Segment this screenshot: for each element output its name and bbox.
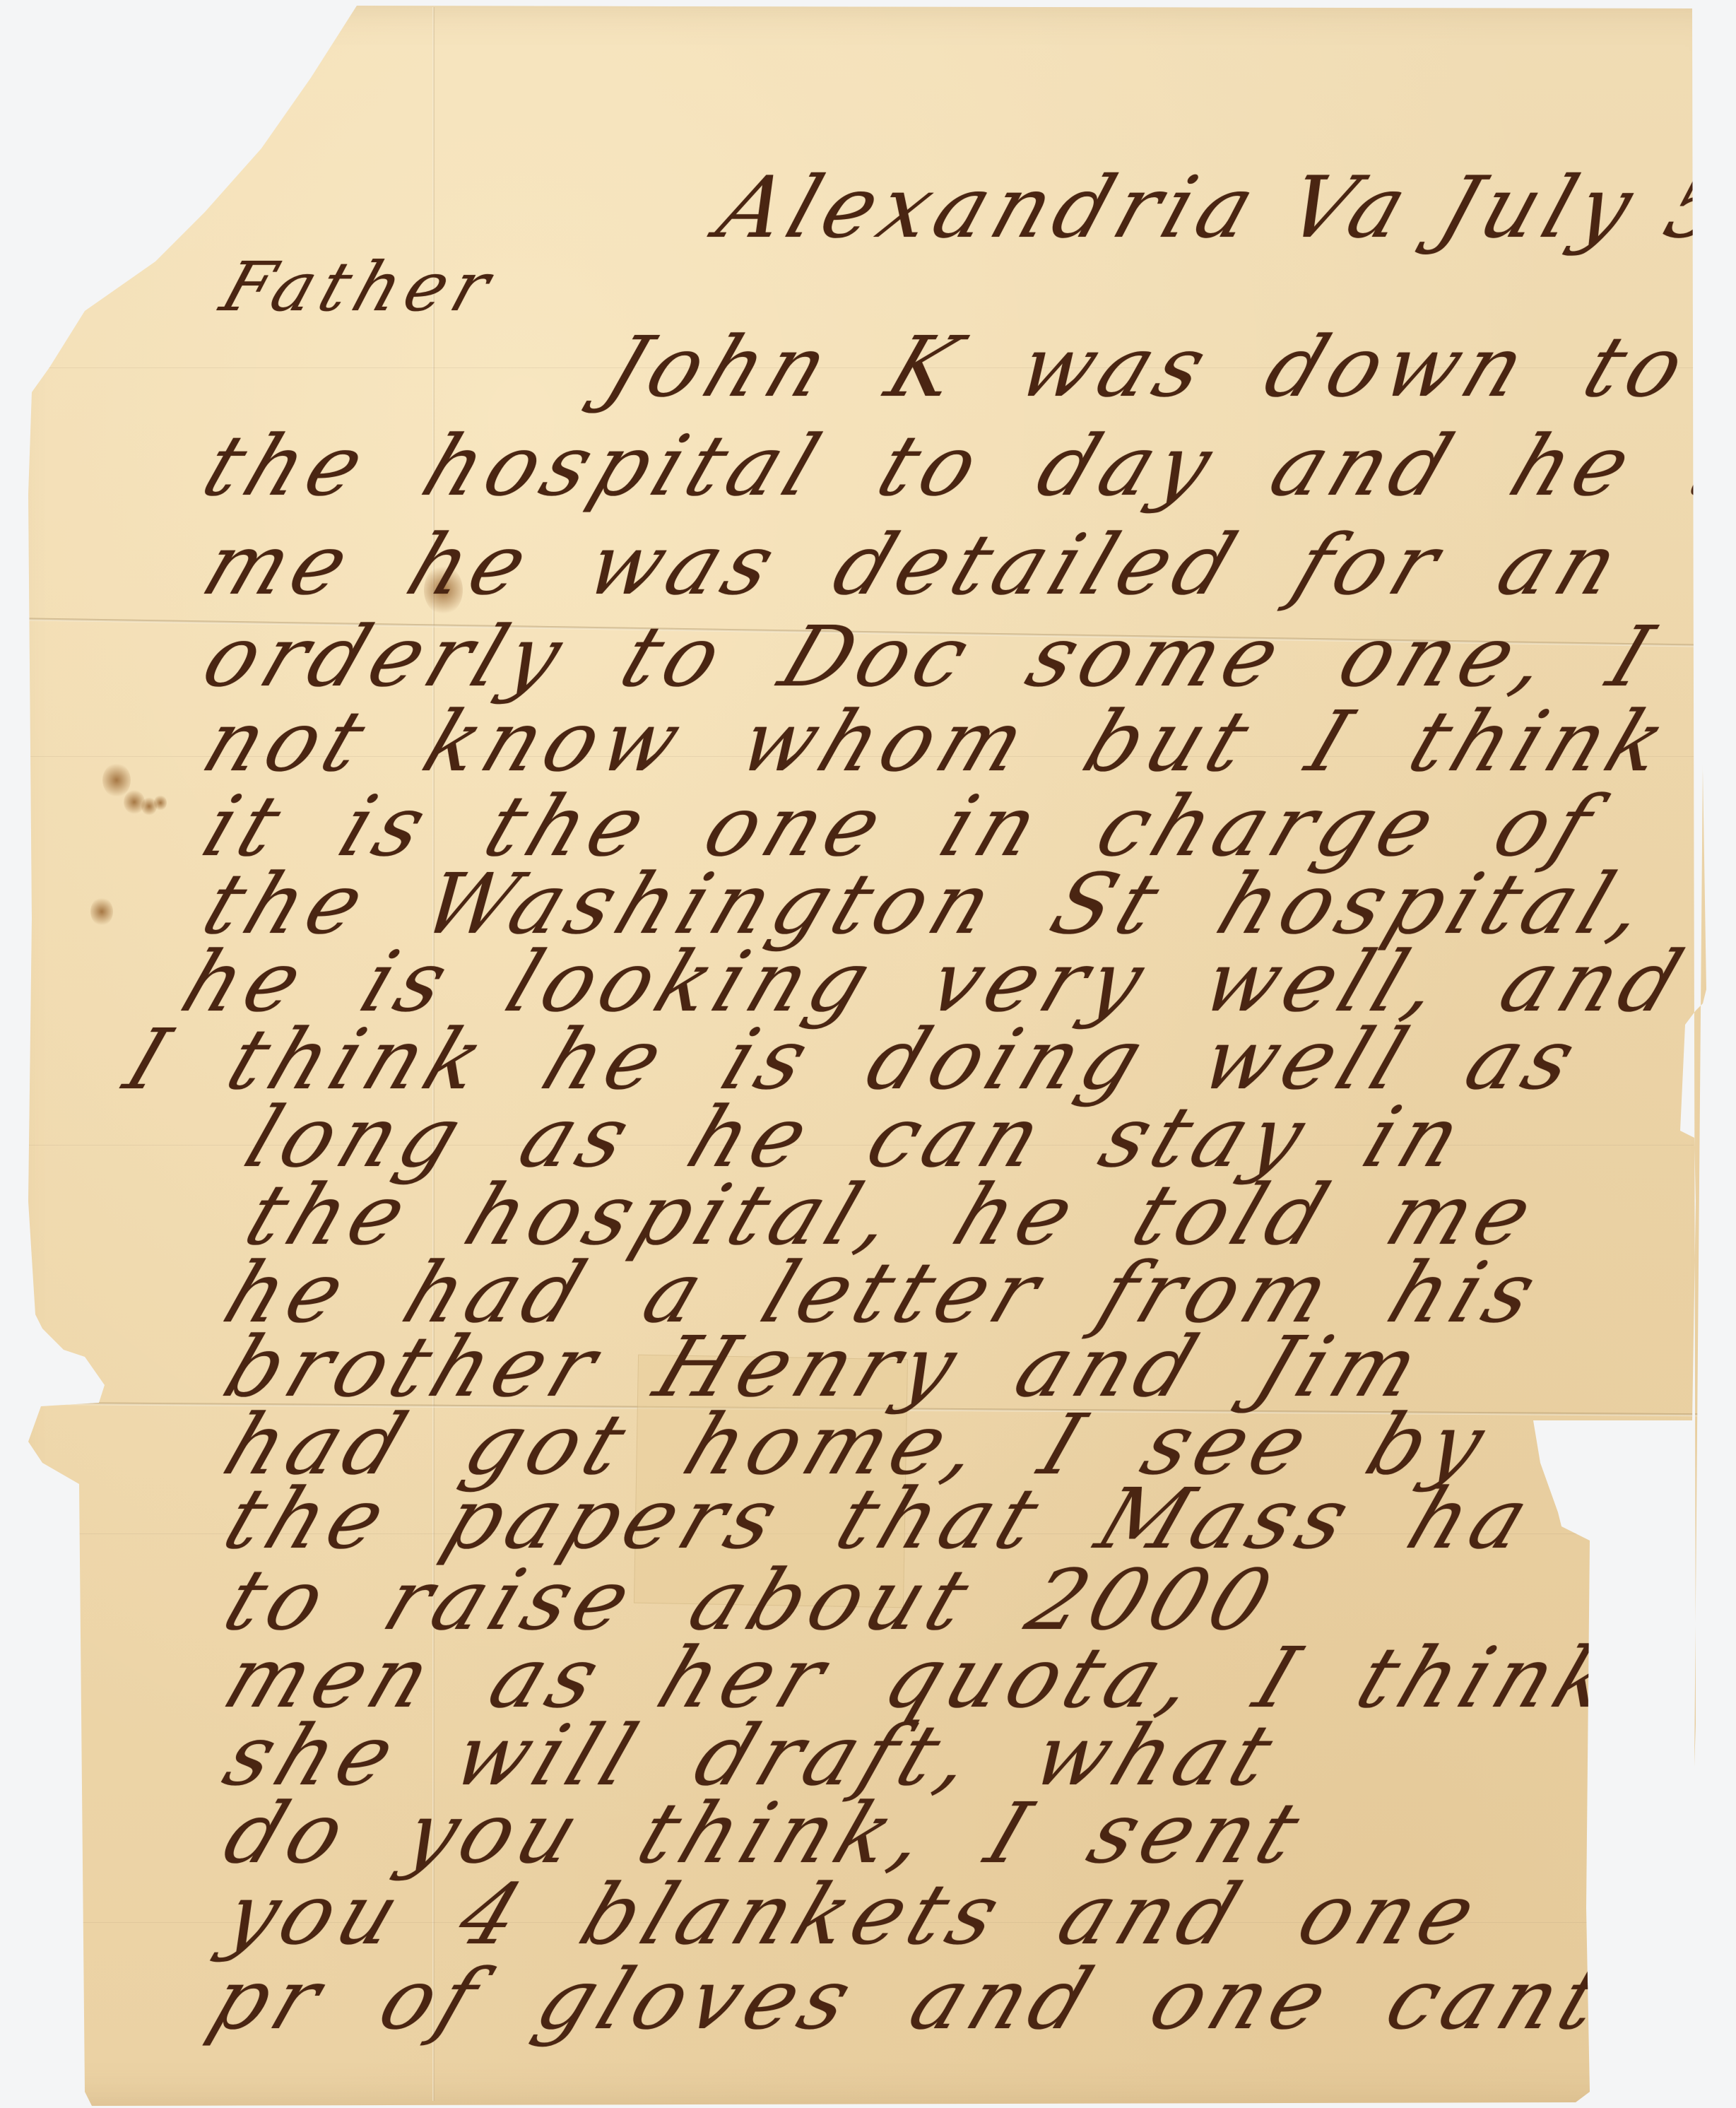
letter-line: pr of gloves and one canteen [198, 1950, 1736, 2048]
ink-stain [102, 763, 131, 797]
letter-line: not know whom but I think [191, 693, 1686, 790]
letter-line: me he was detailed for an [191, 516, 1638, 613]
letter-line: the hospital to day and he told [191, 417, 1736, 514]
letter-line: orderly to Doc some one, I do [191, 608, 1736, 705]
dateline: Alexandria Va July 5 [707, 159, 1736, 257]
salutation: Father [212, 247, 507, 326]
letter-line: John K was down to [594, 318, 1705, 416]
letter-line: you 4 blankets and one [212, 1866, 1496, 1963]
ink-stain [154, 795, 167, 811]
letter-page: Alexandria Va July 5 Father John K was d… [0, 0, 1736, 2108]
ink-stain [90, 897, 113, 926]
